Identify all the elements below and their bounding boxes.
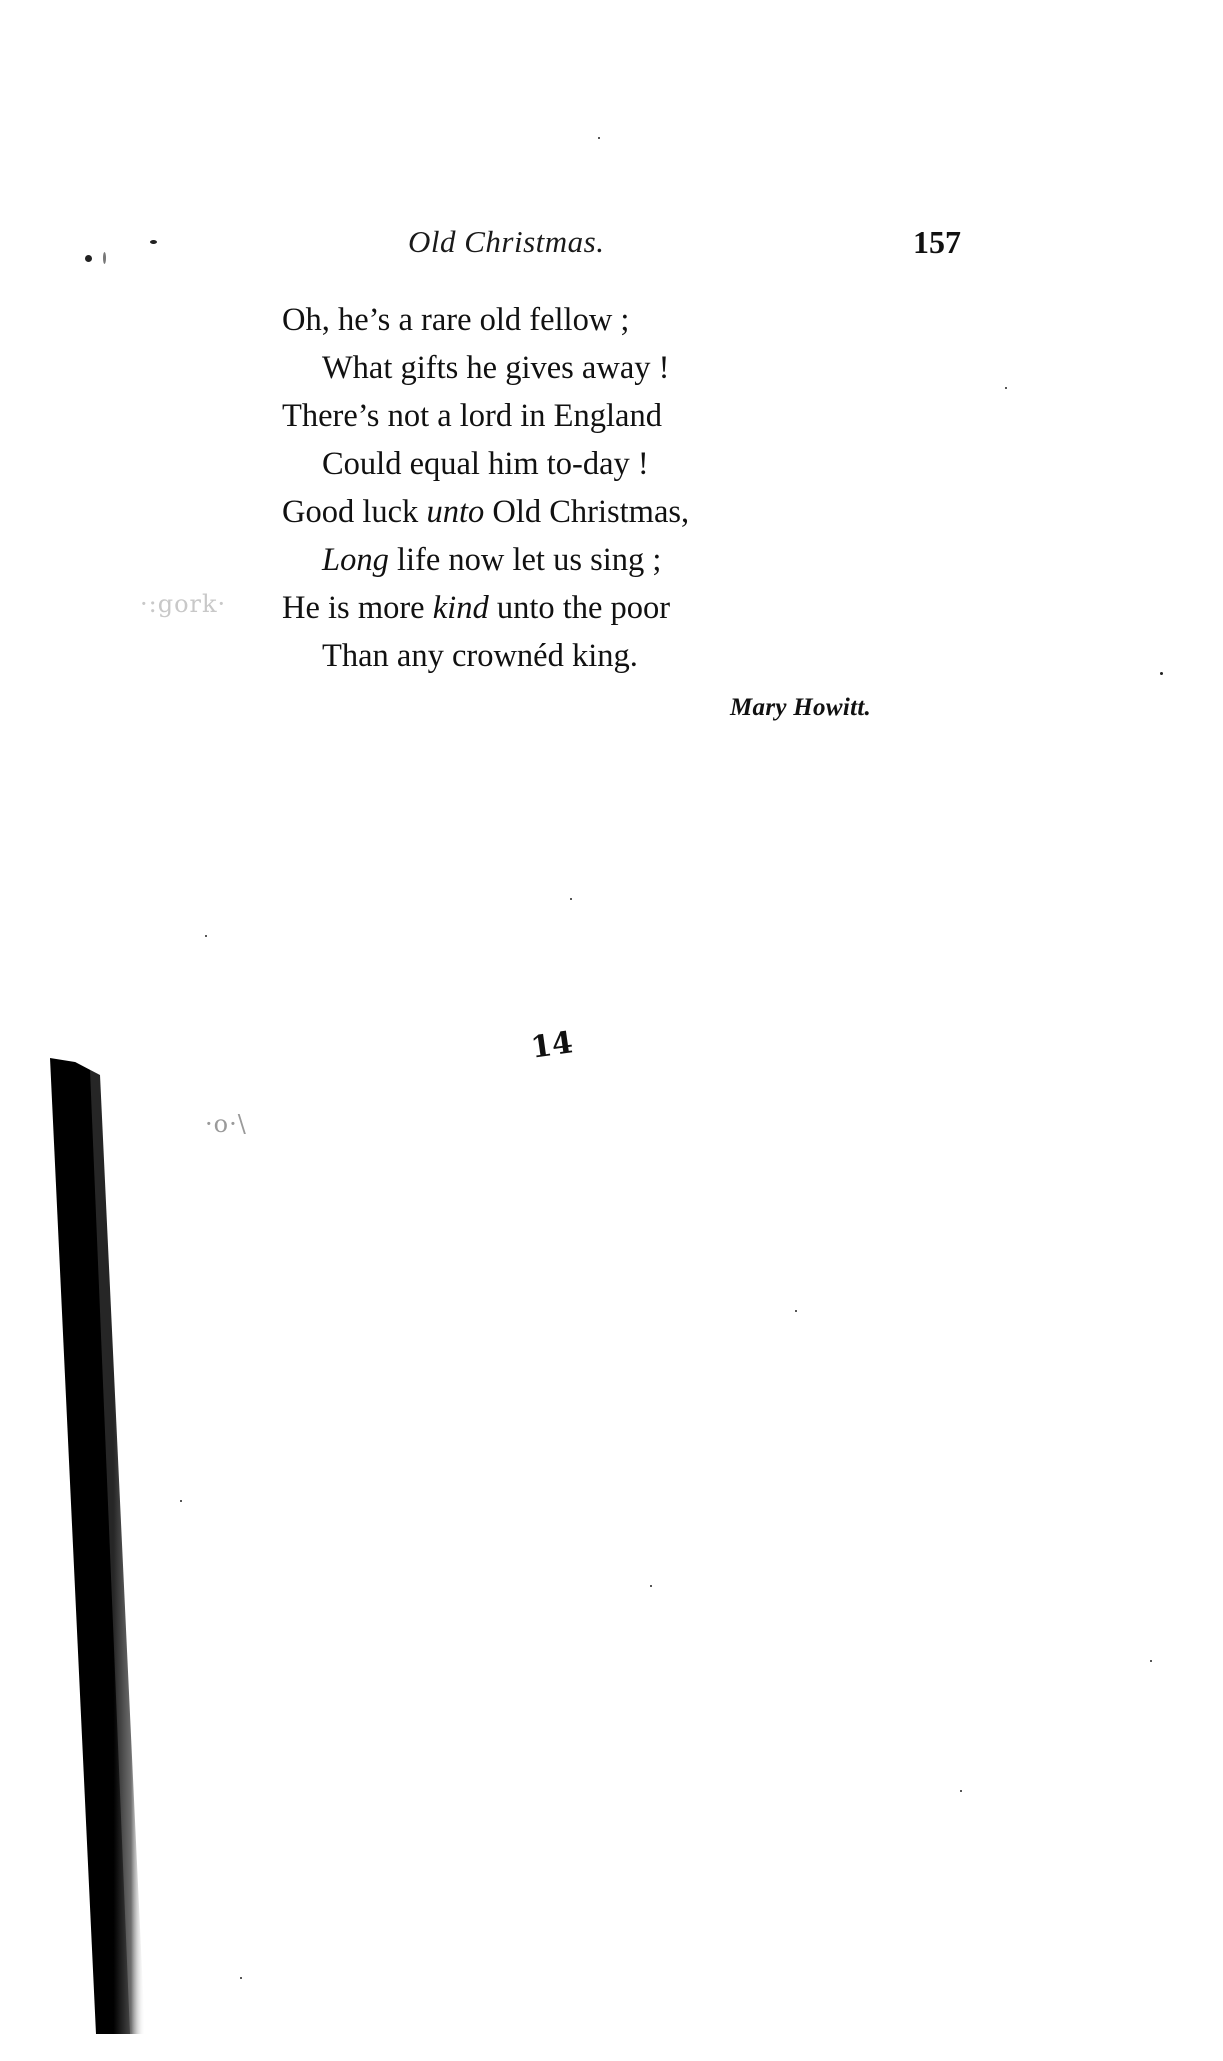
- poem-line-text: Old Christmas,: [484, 494, 689, 530]
- poem-line-italic: kind: [433, 590, 489, 626]
- poem-line: He is more kind unto the poor: [282, 588, 670, 628]
- scan-speck: [960, 1790, 962, 1792]
- poem-line: Than any crownéd king.: [322, 636, 638, 676]
- margin-bleed-text: ·o·\: [205, 1110, 247, 1138]
- scan-speck: [598, 137, 600, 139]
- page-number: 157: [913, 224, 961, 261]
- scan-speck: [1150, 1660, 1152, 1662]
- author-attribution: Mary Howitt.: [730, 694, 871, 722]
- scan-speck: [85, 255, 92, 262]
- scan-speck: [240, 1977, 242, 1979]
- signature-mark: 14: [529, 1025, 575, 1065]
- poem-line-text: unto the poor: [489, 590, 670, 626]
- scan-speck: [1005, 387, 1007, 389]
- poem-line: There’s not a lord in England: [282, 396, 662, 436]
- page-edge-shadow: [0, 0, 200, 2061]
- poem-line-italic: unto: [426, 494, 484, 530]
- margin-bleed-text: ·:gork·: [140, 590, 226, 618]
- scan-speck: [103, 252, 106, 264]
- scan-speck: [570, 898, 572, 900]
- scan-speck: [795, 1310, 797, 1312]
- poem-line: Could equal him to-day !: [322, 444, 649, 484]
- poem-line: Long life now let us sing ;: [322, 540, 661, 580]
- scan-speck: [205, 935, 207, 937]
- running-title: Old Christmas.: [408, 224, 604, 260]
- poem-line-italic: Long: [322, 542, 389, 578]
- poem-line-text: Good luck: [282, 494, 426, 530]
- poem-line-text: life now let us sing ;: [389, 542, 662, 578]
- scanned-book-page: Old Christmas. 157 Oh, he’s a rare old f…: [0, 0, 1223, 2061]
- scan-speck: [650, 1585, 652, 1587]
- scan-speck: [150, 240, 157, 244]
- poem-line: Oh, he’s a rare old fellow ;: [282, 300, 629, 340]
- poem-line: Good luck unto Old Christmas,: [282, 492, 689, 532]
- scan-speck: [1160, 672, 1163, 675]
- scan-speck: [180, 1500, 182, 1502]
- poem-line: What gifts he gives away !: [322, 348, 669, 388]
- poem-line-text: He is more: [282, 590, 433, 626]
